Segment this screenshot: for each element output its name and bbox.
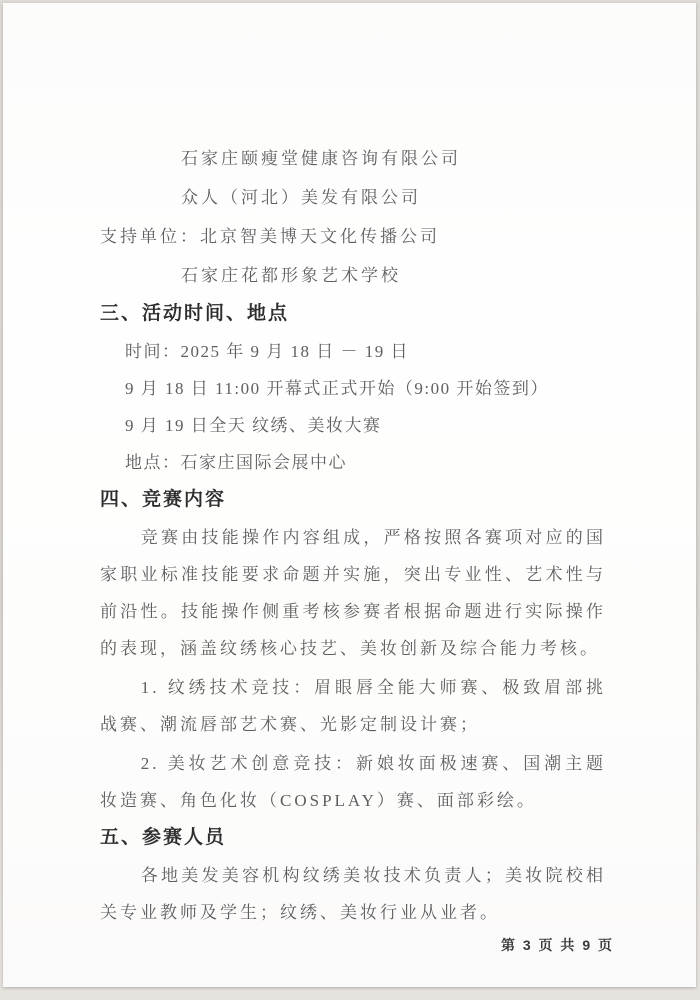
event-time-line: 时间：2025 年 9 月 18 日 － 19 日 — [100, 333, 606, 370]
org-line-2: 众人（河北）美发有限公司 — [100, 178, 606, 217]
support-unit-value-2: 石家庄花都形象艺术学校 — [100, 256, 606, 295]
competition-item-2: 2. 美妆艺术创意竞技：新娘妆面极速赛、国潮主题妆造赛、角色化妆（COSPLAY… — [100, 745, 606, 819]
event-schedule-line-1: 9 月 18 日 11:00 开幕式正式开始（9:00 开始签到） — [100, 370, 606, 407]
event-schedule-line-2: 9 月 19 日全天 纹绣、美妆大赛 — [100, 407, 606, 444]
photo-background: 石家庄颐瘦堂健康咨询有限公司 众人（河北）美发有限公司 支持单位：北京智美博天文… — [0, 0, 700, 1000]
competition-item-1: 1. 纹绣技术竞技：眉眼唇全能大师赛、极致眉部挑战赛、潮流唇部艺术赛、光影定制设… — [100, 669, 606, 743]
org-line-1: 石家庄颐瘦堂健康咨询有限公司 — [100, 139, 606, 178]
support-unit-label: 支持单位： — [100, 227, 200, 246]
section-4-heading: 四、竞赛内容 — [100, 485, 606, 515]
event-location-line: 地点：石家庄国际会展中心 — [100, 444, 606, 481]
competition-content-paragraph: 竞赛由技能操作内容组成，严格按照各赛项对应的国家职业标准技能要求命题并实施，突出… — [100, 519, 606, 667]
section-3-heading: 三、活动时间、地点 — [100, 299, 606, 329]
page-number-indicator: 第 3 页 共 9 页 — [100, 935, 614, 955]
participants-paragraph: 各地美发美容机构纹绣美妆技术负责人；美妆院校相关专业教师及学生；纹绣、美妆行业从… — [100, 857, 606, 931]
support-unit-value-1: 北京智美博天文化传播公司 — [200, 227, 440, 246]
document-content: 石家庄颐瘦堂健康咨询有限公司 众人（河北）美发有限公司 支持单位：北京智美博天文… — [3, 3, 696, 955]
support-unit-line: 支持单位：北京智美博天文化传播公司 — [100, 217, 606, 256]
section-5-heading: 五、参赛人员 — [100, 823, 606, 853]
document-page: 石家庄颐瘦堂健康咨询有限公司 众人（河北）美发有限公司 支持单位：北京智美博天文… — [3, 3, 696, 987]
